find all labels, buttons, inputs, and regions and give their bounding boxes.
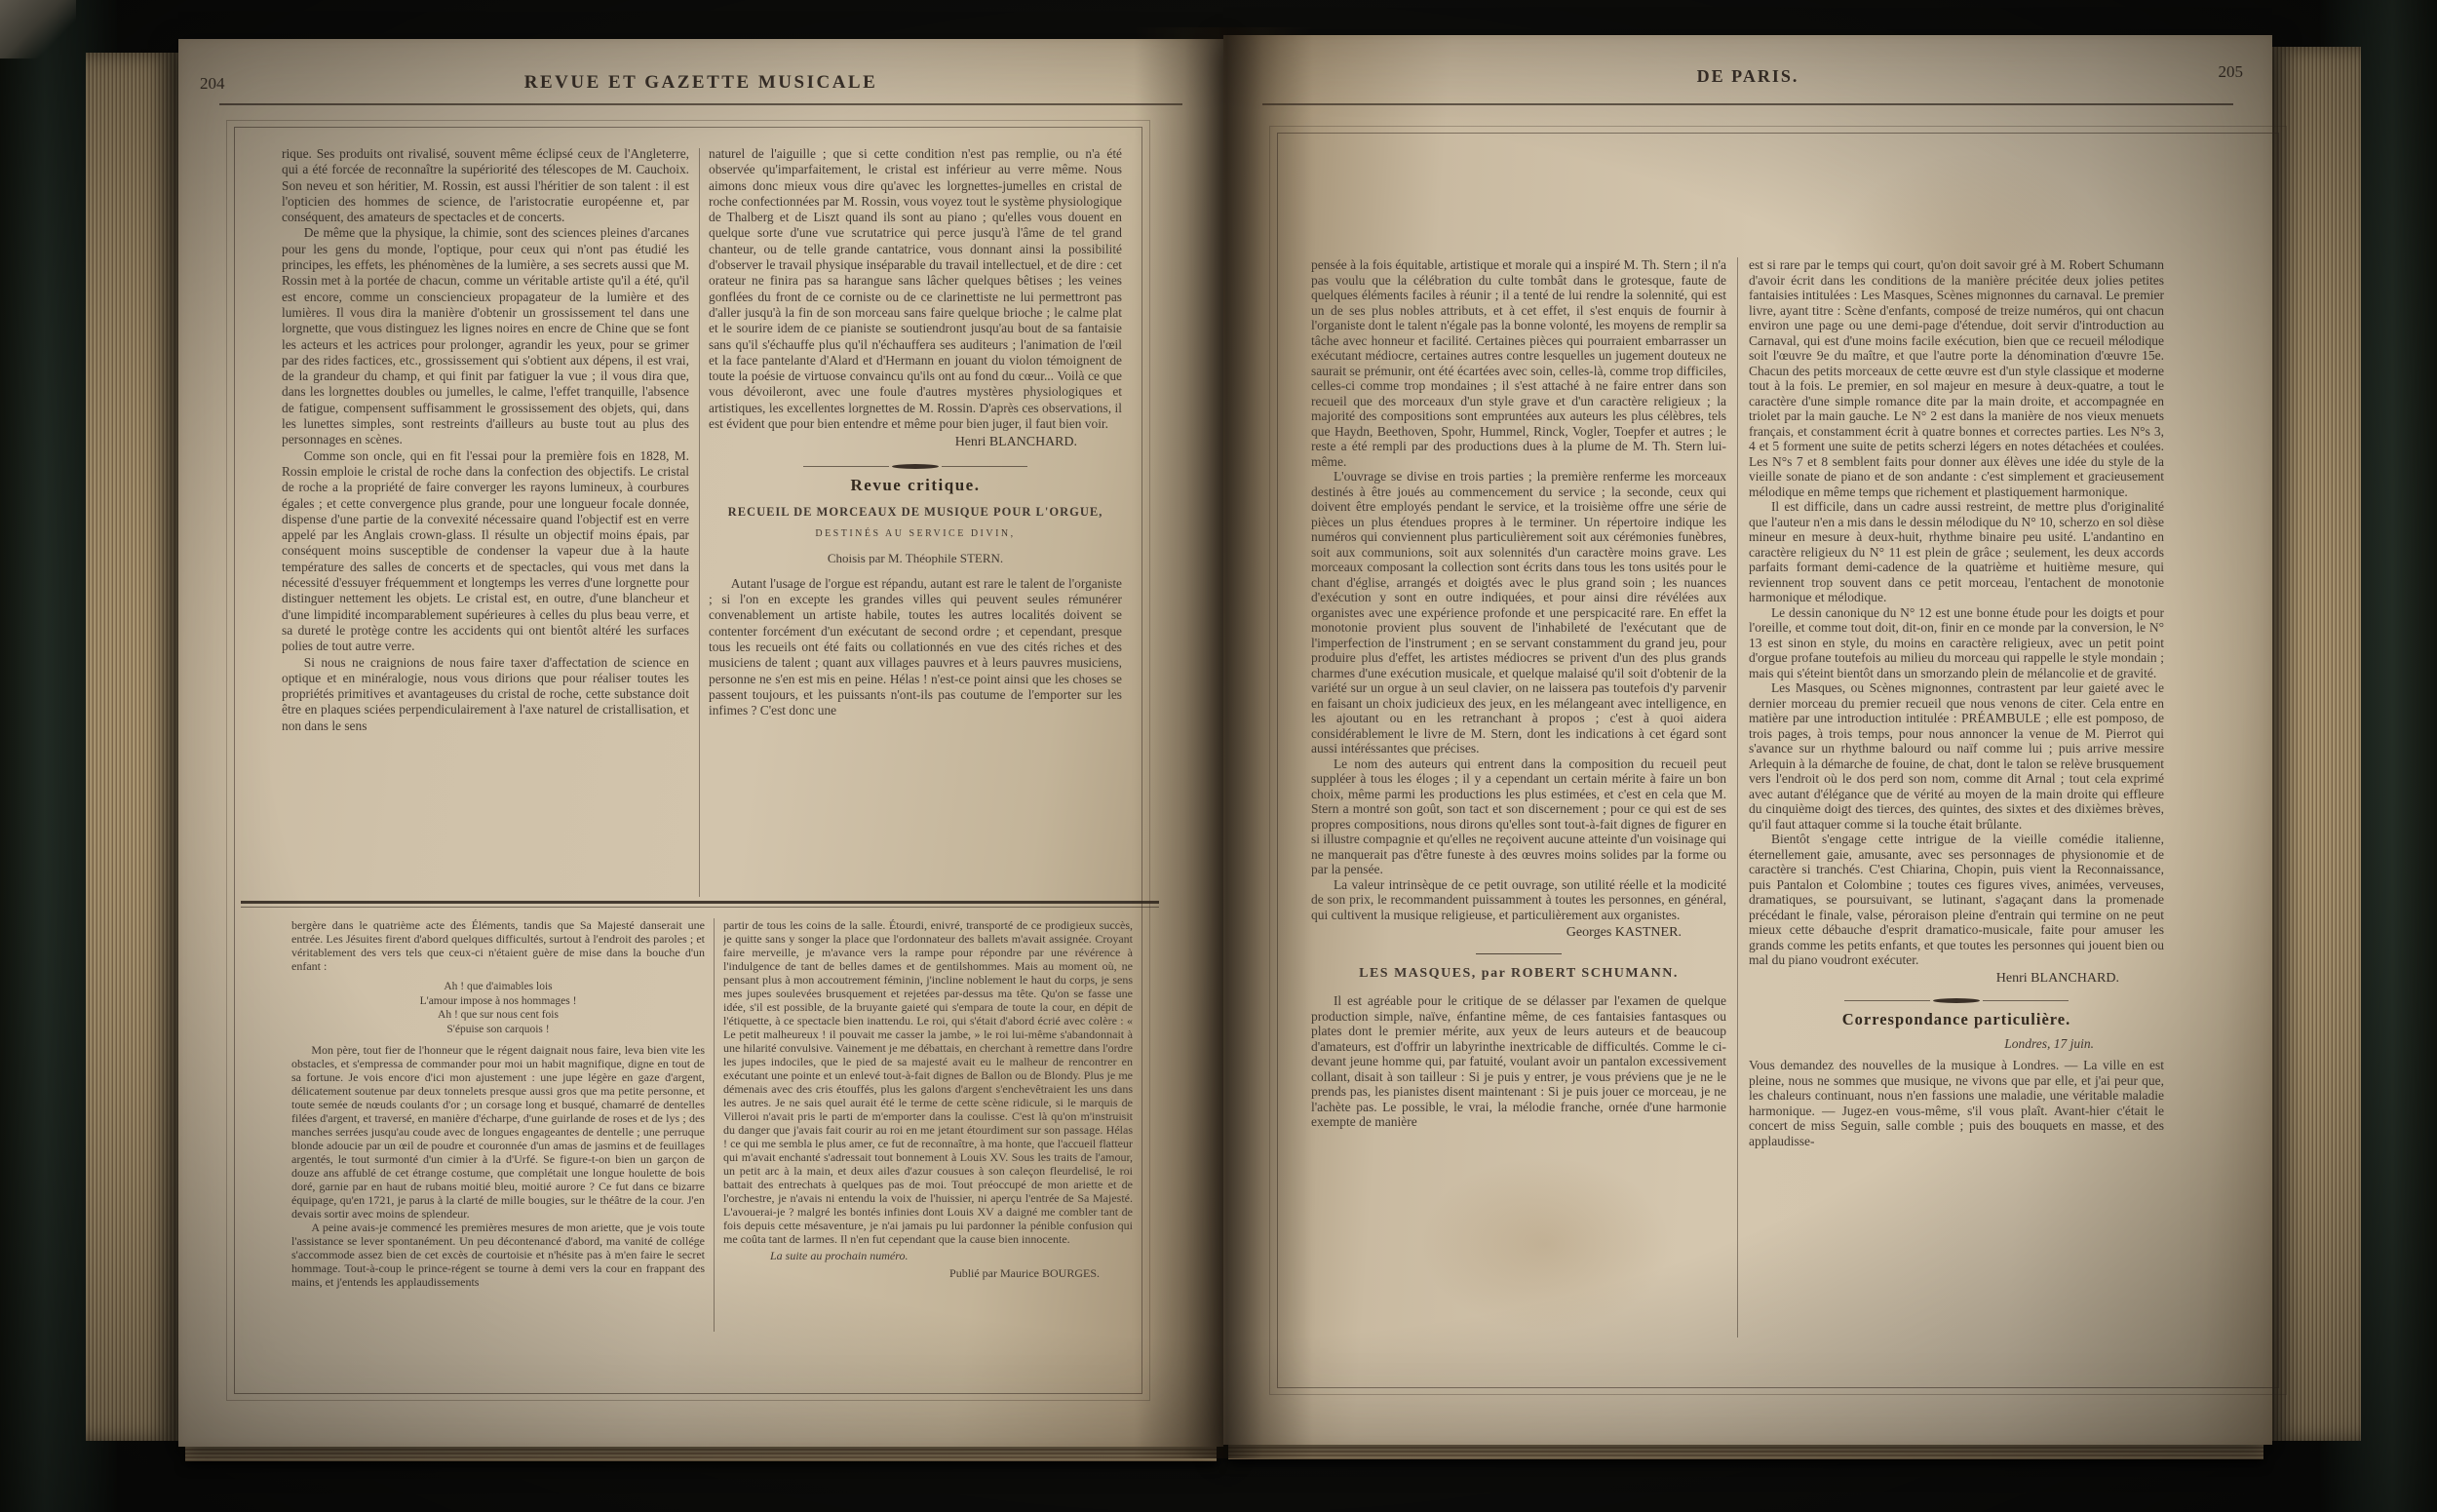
article-paragraph: Les Masques, ou Scènes mignonnes, contra… bbox=[1749, 680, 2164, 832]
article-byline: Choisis par M. Théophile STERN. bbox=[709, 551, 1122, 566]
book-cover-corner bbox=[0, 0, 76, 58]
article-paragraph: Autant l'usage de l'orgue est répandu, a… bbox=[709, 576, 1122, 719]
author-signature: Henri BLANCHARD. bbox=[709, 435, 1122, 450]
article-paragraph: rique. Ses produits ont rivalisé, souven… bbox=[282, 146, 689, 225]
section-heading: Revue critique. bbox=[709, 478, 1122, 493]
publisher-credit: Publié par Maurice BOURGES. bbox=[723, 1266, 1133, 1280]
section-rule bbox=[1476, 953, 1562, 954]
column-right-2: est si rare par le temps qui court, qu'o… bbox=[1749, 257, 2164, 1341]
page-edges-right bbox=[2266, 47, 2361, 1441]
article-paragraph: naturel de l'aiguille ; que si cette con… bbox=[709, 146, 1122, 432]
article-paragraph: La valeur intrinsèque de ce petit ouvrag… bbox=[1311, 877, 1726, 923]
article-paragraph: Vous demandez des nouvelles de la musiqu… bbox=[1749, 1058, 2164, 1148]
feuilleton-column-1: bergère dans le quatrième acte des Éléme… bbox=[291, 918, 705, 1332]
article-paragraph: bergère dans le quatrième acte des Éléme… bbox=[291, 918, 705, 973]
column-left-1: rique. Ses produits ont rivalisé, souven… bbox=[282, 146, 689, 899]
ornament-line bbox=[1844, 1000, 1930, 1001]
section-heading: Correspondance particulière. bbox=[1749, 1012, 2164, 1027]
article-paragraph: A peine avais-je commencé les premières … bbox=[291, 1221, 705, 1289]
article-paragraph: Bientôt s'engage cette intrigue de la vi… bbox=[1749, 832, 2164, 968]
ornament-line bbox=[803, 466, 889, 467]
ornament-lens bbox=[1933, 998, 1980, 1003]
article-paragraph: Il est agréable pour le critique de se d… bbox=[1311, 993, 1726, 1130]
article-heading: LES MASQUES, par ROBERT SCHUMANN. bbox=[1311, 966, 1726, 982]
continuation-note: La suite au prochain numéro. bbox=[723, 1249, 1133, 1262]
page-edges-bottom-left bbox=[185, 1447, 1217, 1461]
feuilleton-separator bbox=[241, 901, 1159, 908]
page-edges-bottom-right bbox=[1228, 1445, 2263, 1459]
column-divider bbox=[1737, 257, 1738, 1338]
column-divider bbox=[699, 148, 700, 897]
feuilleton-column-2: partir de tous les coins de la salle. Ét… bbox=[723, 918, 1133, 1341]
page-edges-left bbox=[86, 53, 180, 1441]
article-paragraph: partir de tous les coins de la salle. Ét… bbox=[723, 918, 1133, 1246]
page-right: 205 DE PARIS. pensée à la fois équitable… bbox=[1223, 35, 2272, 1445]
ornament-lens bbox=[892, 464, 939, 469]
article-paragraph: L'ouvrage se divise en trois parties ; l… bbox=[1311, 469, 1726, 756]
verse-stanza: Ah ! que d'aimables lois L'amour impose … bbox=[291, 980, 705, 1036]
article-subtitle: DESTINÉS AU SERVICE DIVIN, bbox=[709, 526, 1122, 542]
divider-ornament bbox=[1844, 998, 2069, 1003]
article-paragraph: pensée à la fois équitable, artistique e… bbox=[1311, 257, 1726, 469]
running-title: REVUE ET GAZETTE MUSICALE bbox=[178, 72, 1223, 94]
author-signature: Henri BLANCHARD. bbox=[1749, 971, 2164, 987]
article-paragraph: Comme son oncle, qui en fit l'essai pour… bbox=[282, 448, 689, 655]
article-paragraph: Si nous ne craignions de nous faire taxe… bbox=[282, 655, 689, 734]
article-paragraph: De même que la physique, la chimie, sont… bbox=[282, 225, 689, 447]
article-paragraph: Le nom des auteurs qui entrent dans la c… bbox=[1311, 756, 1726, 877]
running-title: DE PARIS. bbox=[1223, 66, 2272, 87]
ornament-line bbox=[1983, 1000, 2069, 1001]
article-paragraph: Le dessin canonique du N° 12 est une bon… bbox=[1749, 605, 2164, 681]
dateline: Londres, 17 juin. bbox=[1749, 1036, 2164, 1052]
column-divider bbox=[714, 918, 715, 1332]
divider-ornament bbox=[803, 464, 1027, 469]
page-left: 204 REVUE ET GAZETTE MUSICALE rique. Ses… bbox=[178, 39, 1223, 1447]
article-title: RECUEIL DE MORCEAUX DE MUSIQUE POUR L'OR… bbox=[709, 504, 1122, 520]
article-paragraph: Mon père, tout fier de l'honneur que le … bbox=[291, 1043, 705, 1221]
column-left-2: naturel de l'aiguille ; que si cette con… bbox=[709, 146, 1122, 899]
ornament-line bbox=[942, 466, 1027, 467]
header-rule bbox=[1262, 103, 2233, 105]
article-paragraph: est si rare par le temps qui court, qu'o… bbox=[1749, 257, 2164, 499]
header-rule bbox=[219, 103, 1182, 105]
column-right-1: pensée à la fois équitable, artistique e… bbox=[1311, 257, 1726, 1338]
author-signature: Georges KASTNER. bbox=[1311, 925, 1726, 941]
article-paragraph: Il est difficile, dans un cadre aussi re… bbox=[1749, 499, 2164, 605]
